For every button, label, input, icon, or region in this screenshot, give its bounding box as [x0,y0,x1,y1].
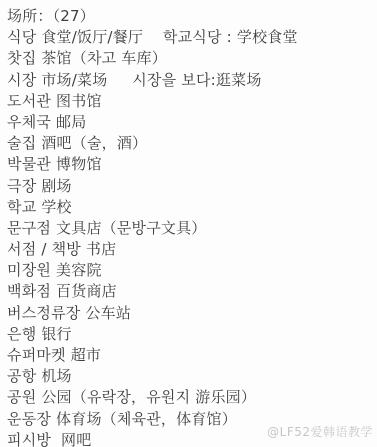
doc-title-places-count: 场所：（27） [7,6,377,27]
vocab-line-post-office: 우체국 邮局 [7,112,377,133]
vocab-line-stationery-store: 문구점 文具店（문방구文具） [7,218,377,239]
vocab-line-bus-stop: 버스정류장 公车站 [7,303,377,324]
vocab-line-theater: 극장 剧场 [7,176,377,197]
vocab-line-department-store: 백화점 百货商店 [7,281,377,302]
watermark: @LF52爱韩语教学 [267,422,373,443]
vocab-line-school: 학교 学校 [7,197,377,218]
vocab-line-teahouse: 찻집 茶馆（차고 车库） [7,48,377,69]
vocab-document: 场所：（27） 식당 食堂/饭厅/餐厅 학교식당 : 学校食堂 찻집 茶馆（차고… [0,0,377,447]
vocab-line-bank: 은행 银行 [7,324,377,345]
vocab-line-bookstore: 서점 / 책방 书店 [7,239,377,260]
vocab-line-supermarket: 슈퍼마켓 超市 [7,345,377,366]
vocab-line-library: 도서관 图书馆 [7,91,377,112]
vocab-line-beauty-salon: 미장원 美容院 [7,260,377,281]
vocab-line-park: 공원 公园（유락장，유원지 游乐园） [7,387,377,408]
vocab-line-market: 시장 市场/菜场 시장을 보다:逛菜场 [7,70,377,91]
vocab-line-bar: 술집 酒吧（술，酒） [7,133,377,154]
vocab-line-canteen: 식당 食堂/饭厅/餐厅 학교식당 : 学校食堂 [7,27,377,48]
vocab-line-airport: 공항 机场 [7,366,377,387]
vocab-line-museum: 박물관 博物馆 [7,154,377,175]
